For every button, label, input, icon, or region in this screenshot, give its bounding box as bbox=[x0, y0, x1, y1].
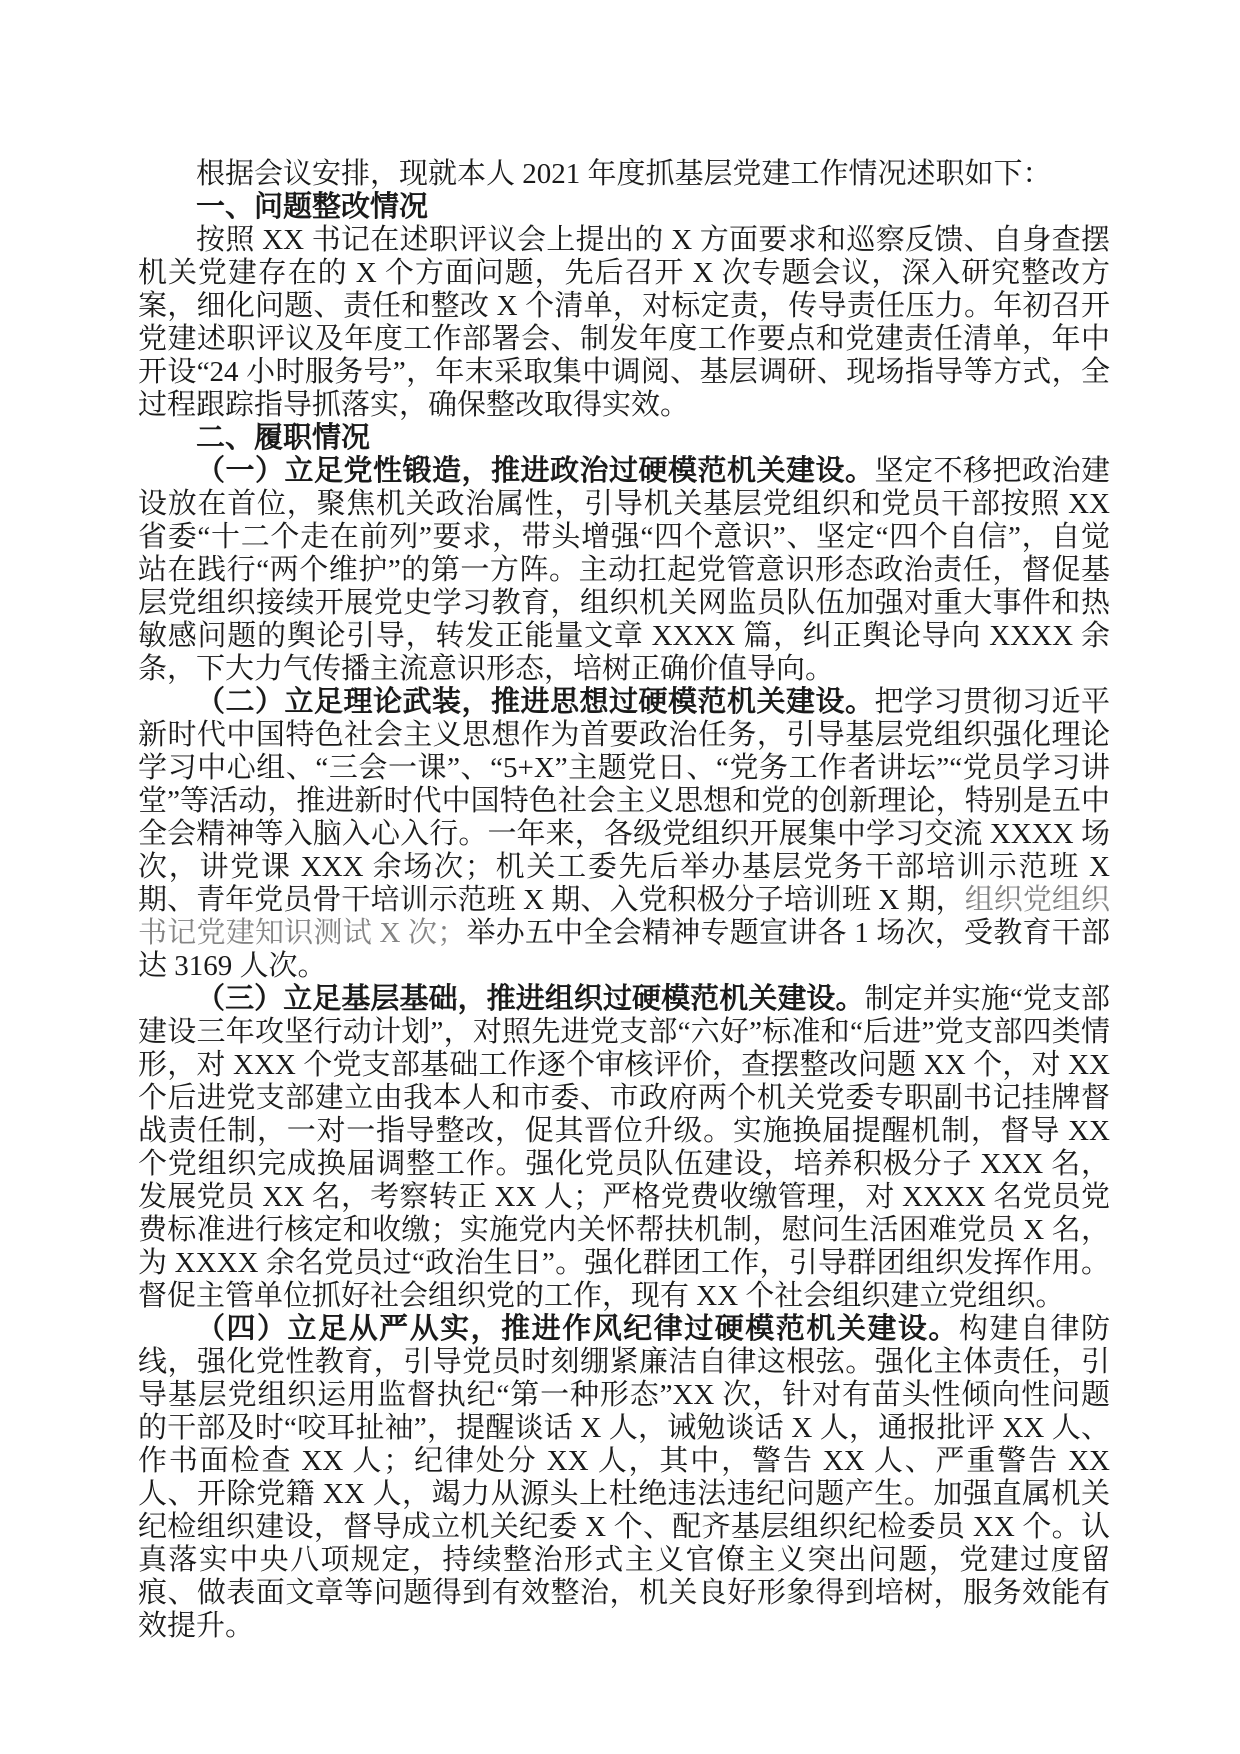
item-body-text: 构建自律防线，强化党性教育，引导党员时刻绷紧廉洁自律这根弦。强化主体责任，引导基… bbox=[138, 1313, 1110, 1642]
item-lead-bold: （一）立足党性锻造，推进政治过硬模范机关建设。 bbox=[196, 455, 874, 487]
performance-item-2: （二）立足理论武装，推进思想过硬模范机关建设。把学习贯彻习近平新时代中国特色社会… bbox=[138, 686, 1110, 983]
item-body-text: 坚定不移把政治建设放在首位，聚焦机关政治属性，引导机关基层党组织和党员干部按照 … bbox=[138, 455, 1110, 685]
item-lead-bold: （四）立足从严从实，推进作风纪律过硬模范机关建设。 bbox=[196, 1313, 959, 1345]
section-heading-performance: 二、履职情况 bbox=[138, 422, 1110, 455]
intro-text: 根据会议安排，现就本人 2021 年度抓基层党建工作情况述职如下： bbox=[196, 158, 1052, 190]
section-heading-text: 二、履职情况 bbox=[196, 422, 370, 454]
performance-item-4: （四）立足从严从实，推进作风纪律过硬模范机关建设。构建自律防线，强化党性教育，引… bbox=[138, 1313, 1110, 1643]
section-heading-rectification: 一、问题整改情况 bbox=[138, 191, 1110, 224]
item-lead-bold: （三）立足基层基础，推进组织过硬模范机关建设。 bbox=[196, 983, 865, 1015]
intro-paragraph: 根据会议安排，现就本人 2021 年度抓基层党建工作情况述职如下： bbox=[138, 158, 1110, 191]
item-lead-bold: （二）立足理论武装，推进思想过硬模范机关建设。 bbox=[196, 686, 874, 718]
item-body-text: 把学习贯彻习近平新时代中国特色社会主义思想作为首要政治任务，引导基层党组织强化理… bbox=[138, 686, 1110, 916]
performance-item-3: （三）立足基层基础，推进组织过硬模范机关建设。制定并实施“党支部建设三年攻坚行动… bbox=[138, 983, 1110, 1313]
rectification-text: 按照 XX 书记在述职评议会上提出的 X 方面要求和巡察反馈、自身查摆机关党建存… bbox=[138, 224, 1110, 421]
item-body-text: 制定并实施“党支部建设三年攻坚行动计划”，对照先进党支部“六好”标准和“后进”党… bbox=[138, 983, 1110, 1312]
performance-item-1: （一）立足党性锻造，推进政治过硬模范机关建设。坚定不移把政治建设放在首位，聚焦机… bbox=[138, 455, 1110, 686]
document-page: 根据会议安排，现就本人 2021 年度抓基层党建工作情况述职如下： 一、问题整改… bbox=[0, 0, 1240, 1754]
rectification-paragraph: 按照 XX 书记在述职评议会上提出的 X 方面要求和巡察反馈、自身查摆机关党建存… bbox=[138, 224, 1110, 422]
section-heading-text: 一、问题整改情况 bbox=[196, 191, 428, 223]
